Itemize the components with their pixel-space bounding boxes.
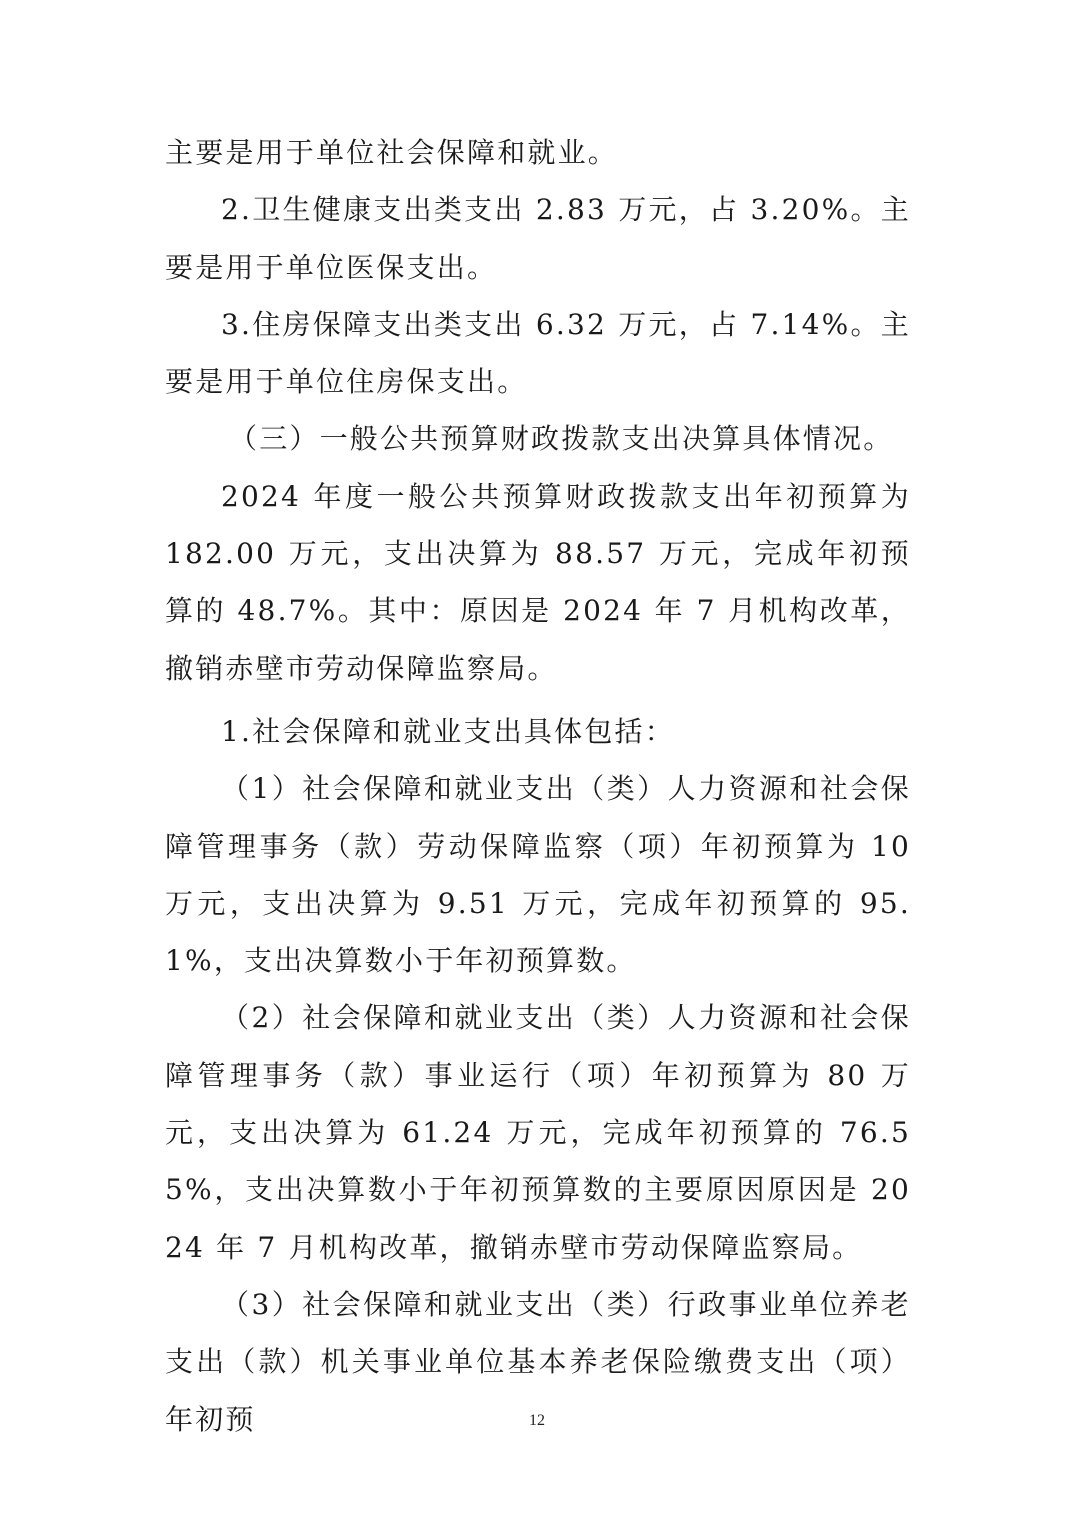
document-page: 主要是用于单位社会保障和就业。 2.卫生健康支出类支出 2.83 万元，占 3.…: [0, 0, 1074, 1520]
paragraph-item-1: （1）社会保障和就业支出（类）人力资源和社会保障管理事务（款）劳动保障监察（项）…: [165, 760, 911, 989]
document-body: 主要是用于单位社会保障和就业。 2.卫生健康支出类支出 2.83 万元，占 3.…: [165, 124, 911, 1448]
paragraph-continuation: 主要是用于单位社会保障和就业。: [165, 124, 911, 181]
paragraph-health-expenditure: 2.卫生健康支出类支出 2.83 万元，占 3.20%。主要是用于单位医保支出。: [165, 181, 911, 296]
page-number: 12: [0, 1412, 1074, 1430]
paragraph-budget-summary: 2024 年度一般公共预算财政拨款支出年初预算为 182.00 万元，支出决算为…: [165, 468, 911, 697]
paragraph-item-2: （2）社会保障和就业支出（类）人力资源和社会保障管理事务（款）事业运行（项）年初…: [165, 989, 911, 1275]
section-heading-general-budget: （三）一般公共预算财政拨款支出决算具体情况。: [165, 410, 911, 467]
subheading-social-security: 1.社会保障和就业支出具体包括：: [165, 703, 911, 760]
paragraph-housing-expenditure: 3.住房保障支出类支出 6.32 万元，占 7.14%。主要是用于单位住房保支出…: [165, 296, 911, 411]
